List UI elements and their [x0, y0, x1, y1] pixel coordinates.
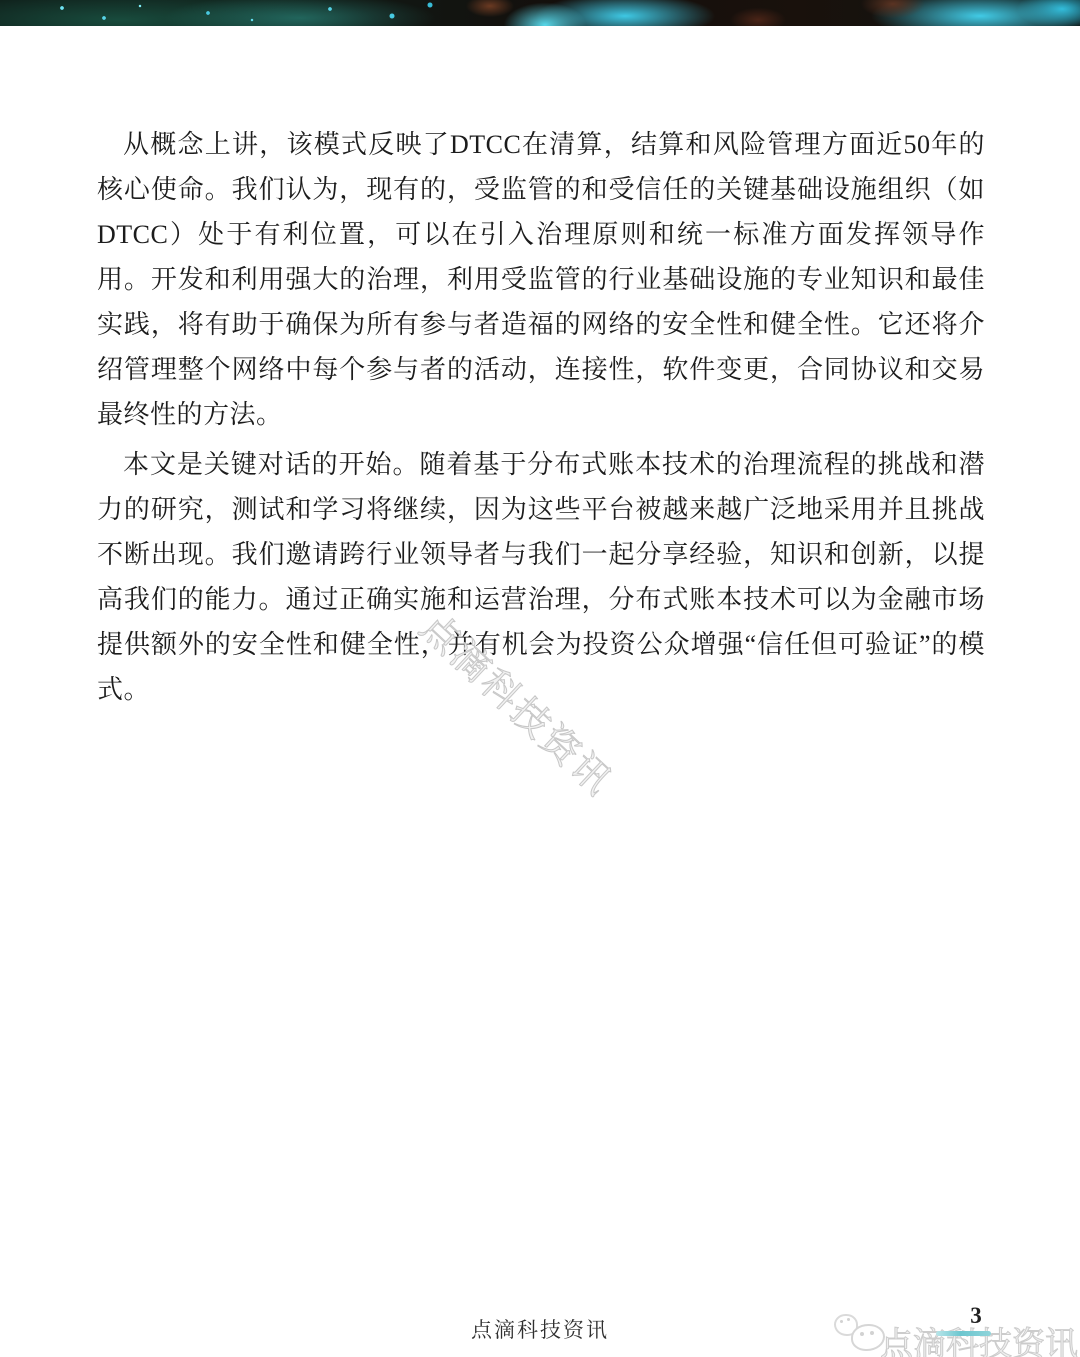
paragraph-2: 本文是关键对话的开始。随着基于分布式账本技术的治理流程的挑战和潜力的研究，测试和…	[97, 442, 985, 712]
footer-brand-text: 点滴科技资讯	[0, 1314, 1080, 1344]
page-number-underline	[936, 1331, 991, 1336]
banner-photo	[0, 0, 1080, 26]
paragraph-1: 从概念上讲，该模式反映了DTCC在清算，结算和风险管理方面近50年的核心使命。我…	[97, 122, 985, 437]
page-number: 3	[956, 1303, 996, 1329]
document-body: 从概念上讲，该模式反映了DTCC在清算，结算和风险管理方面近50年的核心使命。我…	[97, 122, 985, 717]
